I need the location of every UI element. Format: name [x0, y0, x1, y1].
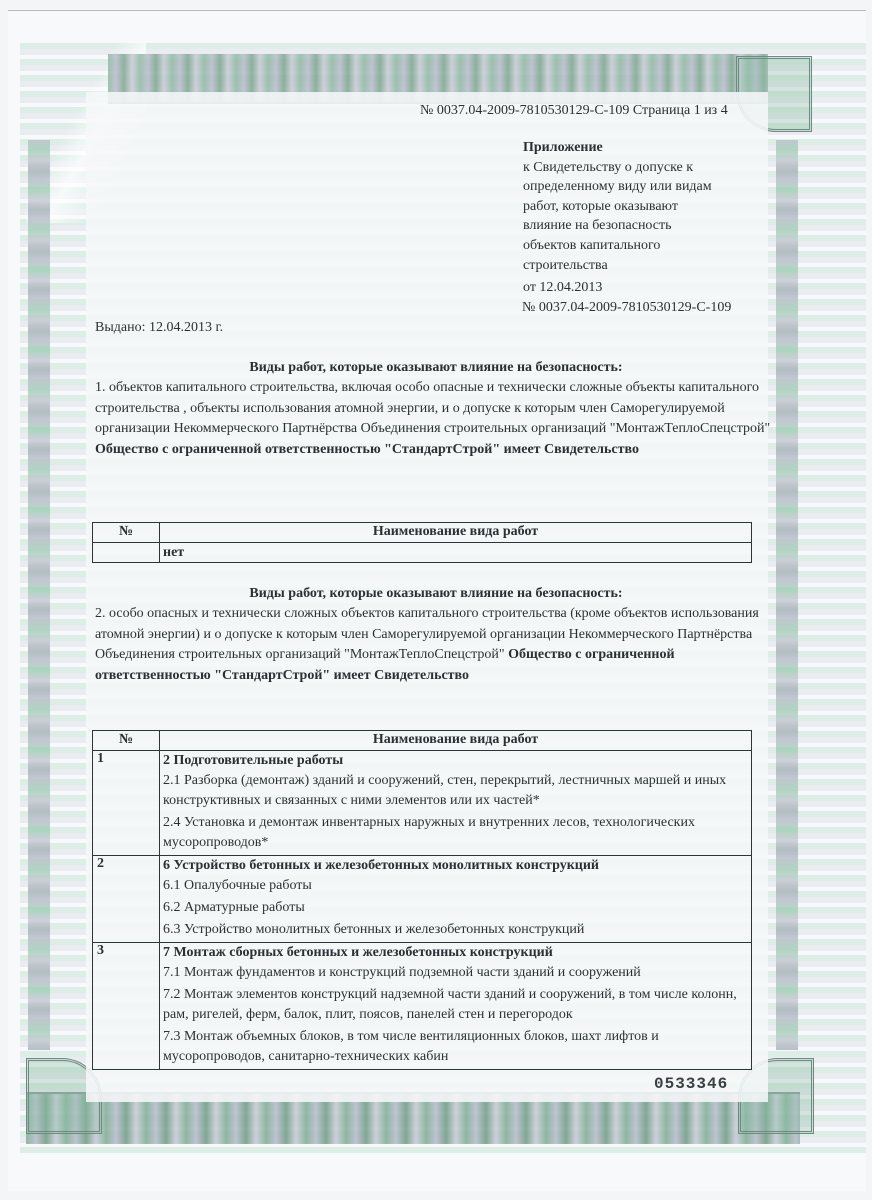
work-item: 7.1 Монтаж фундаментов и конструкций под…	[163, 963, 748, 985]
row-number: 3	[93, 943, 160, 1070]
section-2-title: Виды работ, которые оказывают влияние на…	[94, 584, 778, 604]
issued-date: Выдано: 12.04.2013 г.	[95, 318, 223, 338]
table-header-row: № Наименование вида работ	[93, 731, 752, 751]
column-header-work-type: Наименование вида работ	[160, 523, 752, 543]
work-group-title: 2 Подготовительные работы	[163, 751, 748, 771]
section-1-title: Виды работ, которые оказывают влияние на…	[94, 358, 778, 378]
page-reference: № 0037.04-2009-7810530129-С-109 Страница…	[420, 101, 728, 121]
appendix-line: строительства	[523, 256, 763, 276]
table-row: нет	[93, 543, 752, 563]
appendix-line: объектов капитального	[523, 236, 763, 256]
row-number	[93, 543, 160, 563]
work-item: 7.2 Монтаж элементов конструкций надземн…	[163, 985, 748, 1027]
ornamental-frame-right	[776, 140, 798, 1050]
table-row: 3 7 Монтаж сборных бетонных и железобето…	[93, 943, 752, 1070]
work-item: 7.3 Монтаж объемных блоков, в том числе …	[163, 1027, 748, 1069]
row-work-types: 7 Монтаж сборных бетонных и железобетонн…	[160, 943, 752, 1070]
row-work-types: 2 Подготовительные работы 2.1 Разборка (…	[160, 751, 752, 856]
appendix-line: к Свидетельству о допуске к	[523, 158, 763, 178]
section-2-body: 2. особо опасных и технически сложных об…	[95, 604, 775, 686]
work-item: 6.3 Устройство монолитных бетонных и жел…	[163, 920, 748, 942]
appendix-block: Приложение к Свидетельству о допуске к о…	[523, 138, 763, 275]
work-item: 6.1 Опалубочные работы	[163, 876, 748, 898]
section-1-body: 1. объектов капитального строительства, …	[95, 378, 775, 460]
ornamental-frame-left	[28, 140, 50, 1050]
work-item: 2.1 Разборка (демонтаж) зданий и сооруже…	[163, 771, 748, 813]
column-header-work-type: Наименование вида работ	[160, 731, 752, 751]
row-work-type: нет	[160, 543, 752, 563]
column-header-number: №	[93, 731, 160, 751]
serial-number: 0533346	[654, 1075, 728, 1093]
appendix-line: работ, которые оказывают	[523, 197, 763, 217]
section-1-table: № Наименование вида работ нет	[92, 522, 752, 563]
appendix-line: влияние на безопасность	[523, 216, 763, 236]
row-number: 2	[93, 856, 160, 943]
row-number: 1	[93, 751, 160, 856]
work-group-title: 7 Монтаж сборных бетонных и железобетонн…	[163, 943, 748, 963]
table-header-row: № Наименование вида работ	[93, 523, 752, 543]
row-work-types: 6 Устройство бетонных и железобетонных м…	[160, 856, 752, 943]
section-2-table: № Наименование вида работ 1 2 Подготовит…	[92, 730, 752, 1070]
table-row: 1 2 Подготовительные работы 2.1 Разборка…	[93, 751, 752, 856]
table-row: 2 6 Устройство бетонных и железобетонных…	[93, 856, 752, 943]
work-item: 2.4 Установка и демонтаж инвентарных нар…	[163, 813, 748, 855]
column-header-number: №	[93, 523, 160, 543]
work-item: 6.2 Арматурные работы	[163, 898, 748, 920]
appendix-line: определенному виду или видам	[523, 177, 763, 197]
section-1-body-bold: Общество с ограниченной ответственностью…	[95, 442, 639, 457]
appendix-date: от 12.04.2013	[523, 278, 602, 298]
work-group-title: 6 Устройство бетонных и железобетонных м…	[163, 856, 748, 876]
appendix-title: Приложение	[523, 138, 763, 158]
appendix-number: № 0037.04-2009-7810530129-С-109	[522, 298, 731, 318]
section-1-body-regular: 1. объектов капитального строительства, …	[95, 380, 770, 436]
